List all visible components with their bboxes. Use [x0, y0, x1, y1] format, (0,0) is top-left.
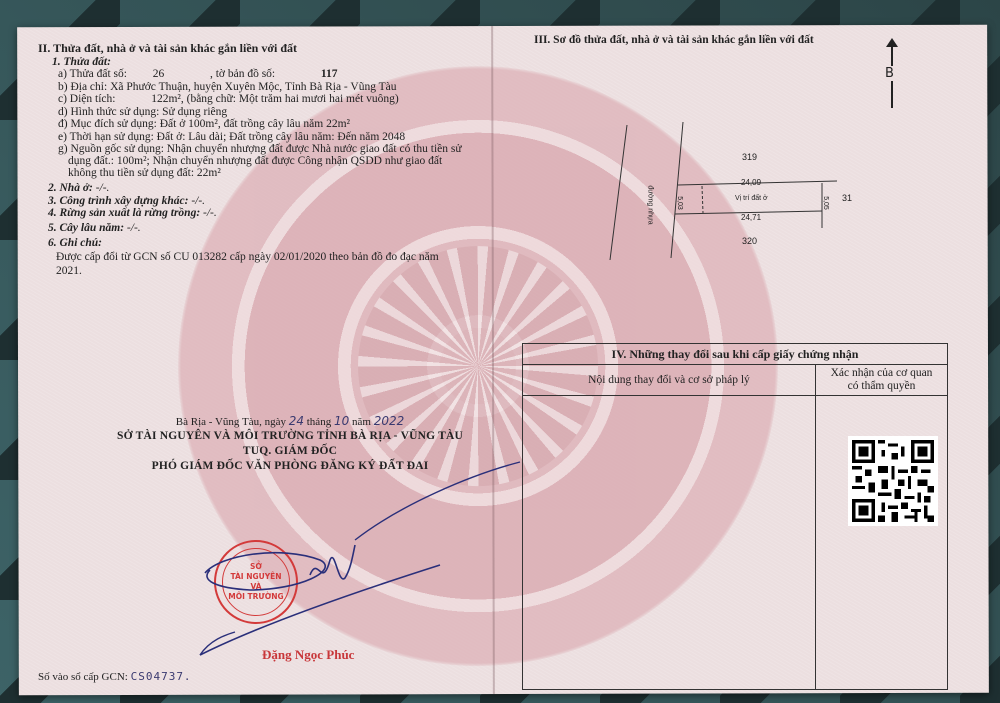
signer-name: Đặng Ngọc Phúc	[262, 647, 354, 663]
edge-bottom-length: 24,71	[741, 211, 761, 225]
issue-date: Bà Rịa - Vũng Tàu, ngày 24 tháng 10 năm …	[80, 414, 500, 429]
month-label: tháng	[307, 416, 331, 428]
col-authority-confirmation: Xác nhận của cơ quan có thẩm quyền	[816, 365, 947, 395]
parcel-number: 26	[153, 68, 165, 80]
gcn-register-number: CS04737.	[131, 670, 192, 683]
col-change-content: Nội dung thay đổi và cơ sở pháp lý	[523, 365, 816, 395]
area-label: c) Diện tích:	[58, 93, 115, 105]
stamp-line-2: TÀI NGUYÊN	[230, 572, 281, 582]
issue-month: 10	[334, 414, 349, 428]
note-line-2: 2021.	[56, 264, 82, 278]
neighbor-320: 320	[742, 234, 757, 248]
stamp-line-3: VÀ	[250, 582, 261, 592]
note-label: 6. Ghi chú:	[48, 236, 102, 250]
perennial-value: -/-.	[127, 222, 141, 234]
house-value: -/-.	[96, 182, 110, 194]
section-2-title: II. Thửa đất, nhà ở và tài sản khác gắn …	[38, 41, 297, 55]
map-sheet-number: 117	[321, 68, 338, 80]
usage-purpose-row: đ) Mục đích sử dụng: Đất ở 100m², đất tr…	[58, 117, 350, 131]
area-value: 122m², (bằng chữ: Một trăm hai mươi hai …	[151, 93, 398, 105]
section-4-title: IV. Những thay đổi sau khi cấp giấy chứn…	[523, 344, 947, 365]
issuing-organization: SỞ TÀI NGUYÊN VÀ MÔI TRƯỜNG TỈNH BÀ RỊA …	[80, 429, 500, 444]
parcel-number-row: a) Thửa đất số: 26 , tờ bản đồ số: 117	[58, 67, 338, 81]
gcn-register-row: Số vào sổ cấp GCN: CS04737.	[38, 670, 192, 683]
qr-code-icon[interactable]	[848, 436, 938, 526]
parcel-label: Vị trí đất ở	[735, 192, 768, 206]
official-red-stamp: SỞ TÀI NGUYÊN VÀ MÔI TRƯỜNG	[214, 540, 298, 624]
signature-block: Bà Rịa - Vũng Tàu, ngày 24 tháng 10 năm …	[80, 414, 500, 474]
neighbor-319: 319	[742, 150, 757, 164]
parcel-label: a) Thửa đất số:	[58, 68, 127, 80]
forest-row: 4. Rừng sản xuất là rừng trồng: -/-.	[48, 206, 217, 220]
stamp-line-4: MÔI TRƯỜNG	[228, 592, 283, 602]
col-authority-line-2: có thẩm quyền	[831, 380, 933, 393]
issue-place: Bà Rịa - Vũng Tàu, ngày	[176, 416, 286, 428]
edge-top-length: 24,09	[741, 176, 761, 190]
map-sheet-label: , tờ bản đồ số:	[210, 68, 275, 80]
edge-right-length: 5,05	[818, 196, 832, 210]
changes-table-header: Nội dung thay đổi và cơ sở pháp lý Xác n…	[523, 365, 947, 396]
stamp-line-1: SỞ	[250, 562, 262, 572]
usage-purpose-value: Đất ở 100m², đất trồng cây lâu năm 22m²	[160, 118, 350, 130]
issue-year: 2022	[374, 414, 405, 428]
origin-line-3: không thu tiền sử dụng đất: 22m²	[68, 166, 221, 180]
year-label: năm	[352, 416, 371, 428]
perennial-label: 5. Cây lâu năm:	[48, 222, 124, 234]
road-label: đường nhựa	[643, 185, 657, 224]
issue-day: 24	[289, 414, 304, 428]
house-row: 2. Nhà ở: -/-.	[48, 181, 109, 195]
perennial-row: 5. Cây lâu năm: -/-.	[48, 221, 141, 235]
neighbor-31: 31	[842, 191, 852, 205]
usage-purpose-label: đ) Mục đích sử dụng:	[58, 118, 157, 130]
col-authority-line-1: Xác nhận của cơ quan	[831, 367, 933, 380]
on-behalf-title: TUQ. GIÁM ĐỐC	[80, 444, 500, 459]
change-content-cell	[523, 396, 816, 689]
area-row: c) Diện tích: 122m², (bằng chữ: Một trăm…	[58, 92, 399, 106]
section-3-title: III. Sơ đồ thửa đất, nhà ở và tài sản kh…	[534, 33, 814, 47]
house-label: 2. Nhà ở:	[48, 182, 93, 194]
north-arrow-icon: B	[886, 38, 898, 108]
edge-left-length: 5,03	[672, 196, 686, 210]
gcn-register-label: Số vào sổ cấp GCN:	[38, 671, 128, 683]
north-label: B	[885, 66, 894, 81]
note-line-1: Được cấp đổi từ GCN số CU 013282 cấp ngà…	[56, 250, 439, 264]
forest-value: -/-.	[203, 207, 217, 219]
signer-position: PHÓ GIÁM ĐỐC VĂN PHÒNG ĐĂNG KÝ ĐẤT ĐAI	[80, 459, 500, 474]
forest-label: 4. Rừng sản xuất là rừng trồng:	[48, 207, 200, 219]
